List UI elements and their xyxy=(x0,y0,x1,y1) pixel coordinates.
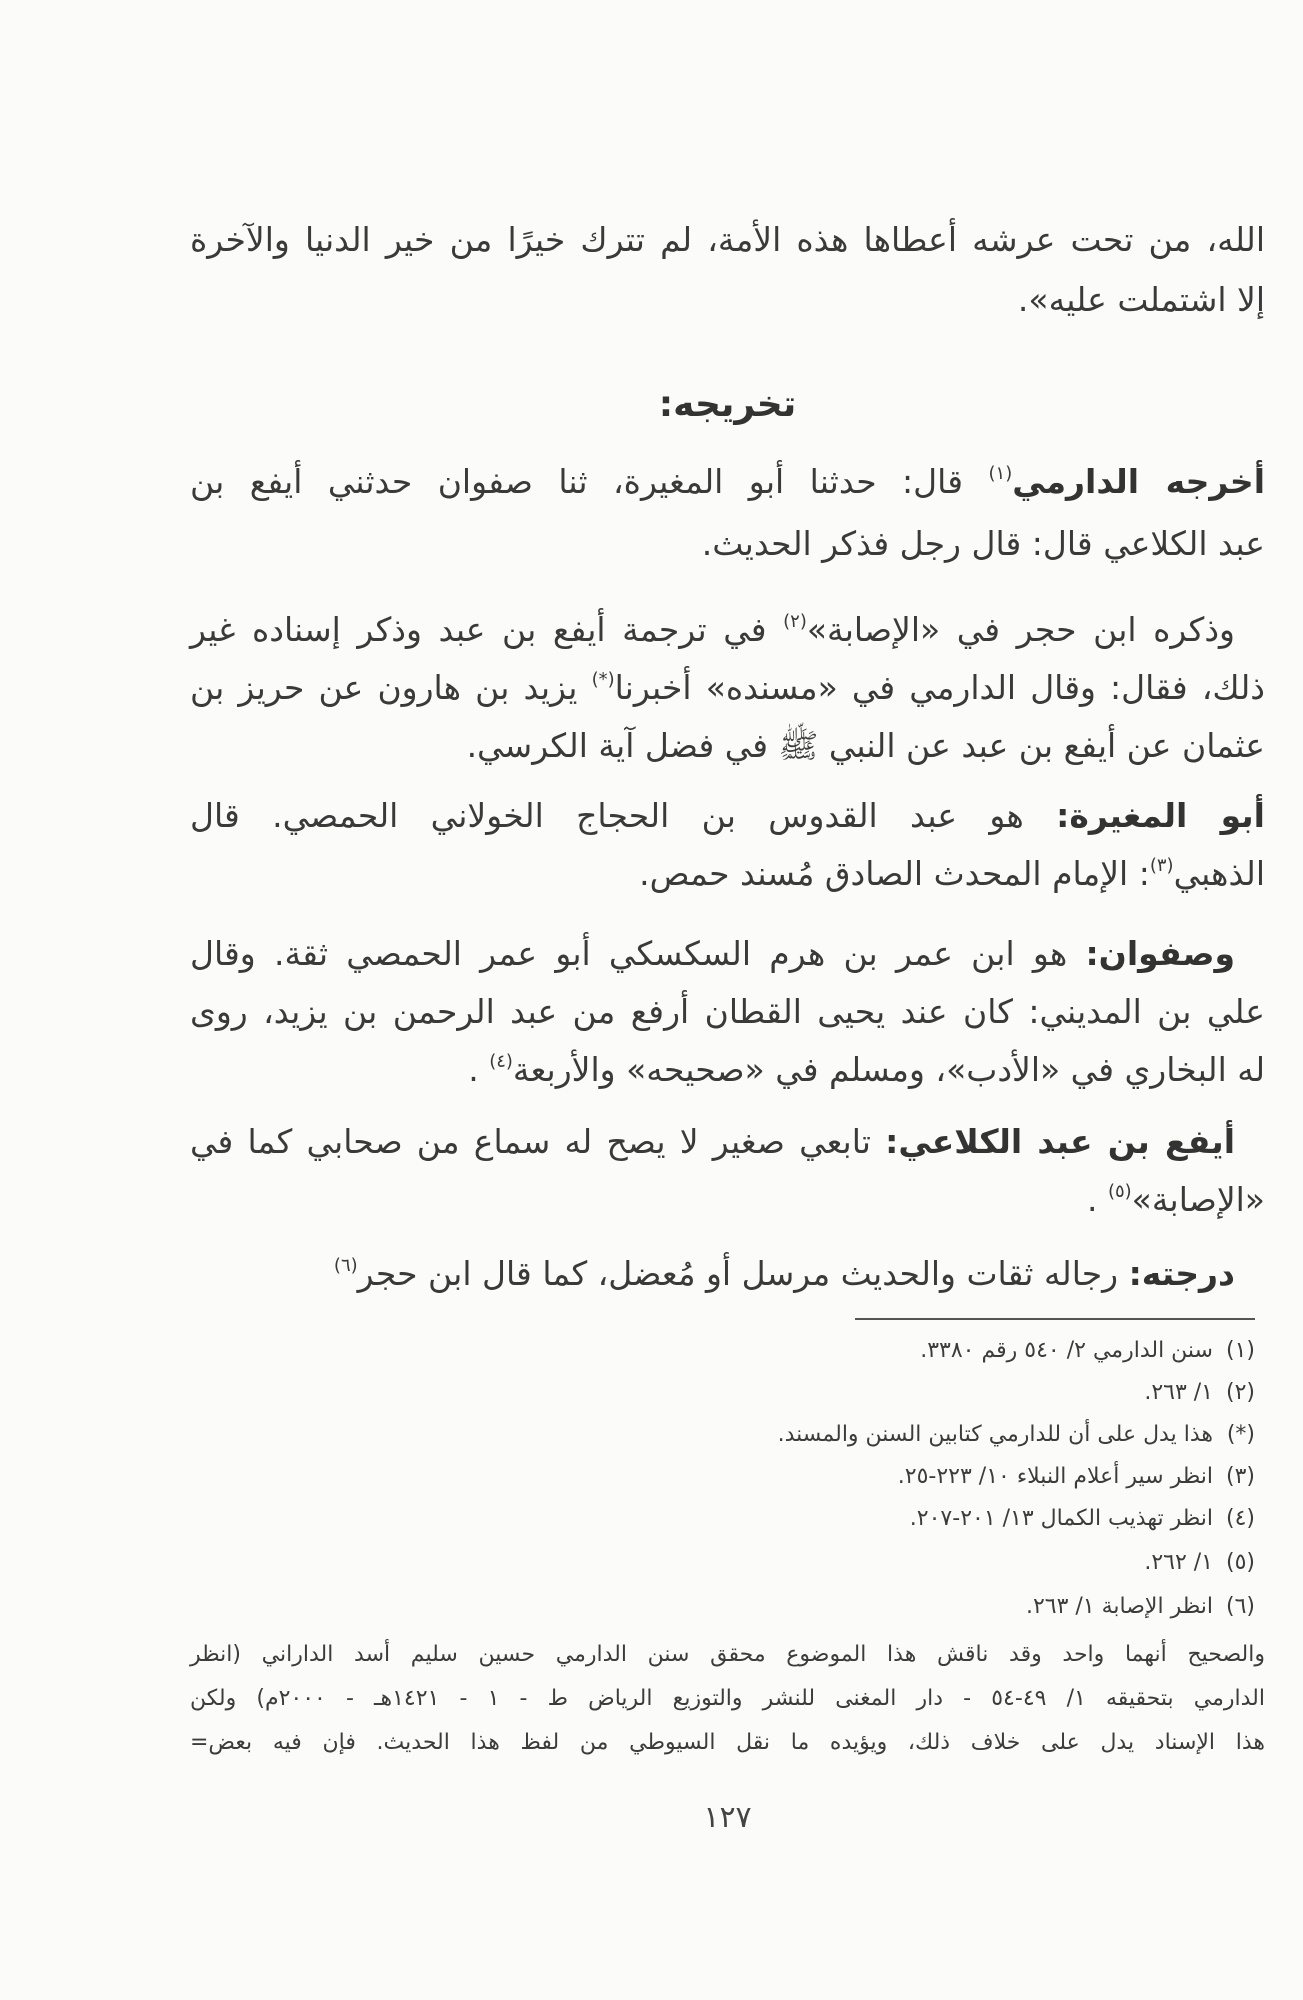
safwan-line-3a: له البخاري في «الأدب»، ومسلم في «صحيحه» … xyxy=(513,1050,1265,1089)
footnote-text: انظر تهذيب الكمال ١٣/ ٢٠١-٢٠٧. xyxy=(910,1506,1213,1531)
footnote-number: (٢) xyxy=(1213,1376,1255,1410)
ibn-hajar-line-2: ذلك، فقال: وقال الدارمي في «مسنده» أخبرن… xyxy=(190,664,1265,712)
safwan-label: وصفوان: xyxy=(1085,934,1235,973)
footnote-number: (٤) xyxy=(1213,1502,1255,1536)
daraja-text: رجاله ثقات والحديث مرسل أو مُعضل، كما قا… xyxy=(358,1254,1118,1293)
footnote-continuation-line-3: هذا الإسناد يدل على خلاف ذلك، ويؤيده ما … xyxy=(190,1726,1265,1760)
ayfa-line-2: «الإصابة»(٥) . xyxy=(190,1176,1265,1224)
footnote-text: هذا يدل على أن للدارمي كتابين السنن والم… xyxy=(778,1422,1213,1447)
takhrij-line-1-text: قال: حدثنا أبو المغيرة، ثنا صفوان حدثني … xyxy=(190,462,963,501)
footnote-text: ١/ ٢٦٢. xyxy=(1144,1550,1213,1575)
daraja-line: درجته: رجاله ثقات والحديث مرسل أو مُعضل،… xyxy=(190,1250,1265,1298)
abu-mughira-line-2a: الذهبي xyxy=(1174,854,1265,893)
footnote-ref-5[interactable]: (٥) xyxy=(1108,1181,1132,1202)
abu-mughira-line-2: الذهبي(٣): الإمام المحدث الصادق مُسند حم… xyxy=(190,850,1265,898)
footnote-number: (١) xyxy=(1213,1334,1255,1368)
footnote-5: (٥)١/ ٢٦٢. xyxy=(190,1546,1255,1580)
abu-mughira-line-1-text: هو عبد القدوس بن الحجاج الخولاني الحمصي.… xyxy=(190,796,1024,835)
ayfa-line-2b: . xyxy=(1087,1180,1098,1219)
safwan-line-3b: . xyxy=(468,1050,479,1089)
abu-mughira-line-2b: : الإمام المحدث الصادق مُسند حمص. xyxy=(639,854,1150,893)
safwan-line-2: علي بن المديني: كان عند يحيى القطان أرفع… xyxy=(190,988,1265,1036)
ibn-hajar-line-3: عثمان عن أيفع بن عبد عن النبي ﷺ في فضل آ… xyxy=(190,722,1265,770)
footnote-2: (٢)١/ ٢٦٣. xyxy=(190,1376,1255,1410)
footnote-divider xyxy=(855,1318,1255,1320)
footnote-text: ١/ ٢٦٣. xyxy=(1144,1380,1213,1405)
abu-mughira-label: أبو المغيرة: xyxy=(1056,796,1265,835)
safwan-line-3: له البخاري في «الأدب»، ومسلم في «صحيحه» … xyxy=(190,1046,1265,1094)
footnote-ref-6[interactable]: (٦) xyxy=(334,1255,358,1276)
footnote-text: انظر الإصابة ١/ ٢٦٣. xyxy=(1026,1594,1213,1619)
ibn-hajar-line-2a: ذلك، فقال: وقال الدارمي في «مسنده» أخبرن… xyxy=(615,668,1265,707)
footnote-continuation-line-2: الدارمي بتحقيقه ١/ ٤٩-٥٤ - دار المغنى لل… xyxy=(190,1682,1265,1716)
footnote-ref-star[interactable]: (*) xyxy=(592,669,615,690)
footnote-6: (٦)انظر الإصابة ١/ ٢٦٣. xyxy=(190,1590,1255,1624)
page-number: ١٢٧ xyxy=(190,1800,1265,1835)
footnote-text: انظر سير أعلام النبلاء ١٠/ ٢٢٣-٢٥. xyxy=(898,1464,1213,1489)
footnote-number: (٣) xyxy=(1213,1460,1255,1494)
takhrij-line-1: أخرجه الدارمي(١) قال: حدثنا أبو المغيرة،… xyxy=(190,458,1265,506)
safwan-line-1: وصفوان: هو ابن عمر بن هرم السكسكي أبو عم… xyxy=(190,930,1265,978)
ibn-hajar-line-2b: يزيد بن هارون عن حريز بن xyxy=(190,668,577,707)
abu-mughira-line-1: أبو المغيرة: هو عبد القدوس بن الحجاج الخ… xyxy=(190,792,1265,840)
footnote-3: (٣)انظر سير أعلام النبلاء ١٠/ ٢٢٣-٢٥. xyxy=(190,1460,1255,1494)
ayfa-line-2a: «الإصابة» xyxy=(1132,1180,1265,1219)
footnote-ref-2[interactable]: (٢) xyxy=(783,611,807,632)
footnote-ref-4[interactable]: (٤) xyxy=(489,1051,513,1072)
takhrij-lead: أخرجه الدارمي xyxy=(1012,462,1265,501)
ibn-hajar-line-1b: في ترجمة أيفع بن عبد وذكر إسناده غير xyxy=(190,610,767,649)
takhrij-line-2: عبد الكلاعي قال: قال رجل فذكر الحديث. xyxy=(190,520,1265,568)
footnote-ref-1[interactable]: (١) xyxy=(988,463,1012,484)
daraja-label: درجته: xyxy=(1129,1254,1235,1293)
safwan-line-1-text: هو ابن عمر بن هرم السكسكي أبو عمر الحمصي… xyxy=(190,934,1067,973)
footnote-number: (*) xyxy=(1213,1418,1255,1452)
footnote-star: (*)هذا يدل على أن للدارمي كتابين السنن و… xyxy=(190,1418,1255,1452)
intro-line-2: إلا اشتملت عليه». xyxy=(190,276,1265,324)
ayfa-line-1: أيفع بن عبد الكلاعي: تابعي صغير لا يصح ل… xyxy=(190,1118,1265,1166)
book-page: الله، من تحت عرشه أعطاها هذه الأمة، لم ت… xyxy=(190,0,1265,2000)
ibn-hajar-line-1a: وذكره ابن حجر في «الإصابة» xyxy=(807,610,1235,649)
footnote-ref-3[interactable]: (٣) xyxy=(1150,855,1174,876)
ibn-hajar-line-1: وذكره ابن حجر في «الإصابة»(٢) في ترجمة أ… xyxy=(190,606,1265,654)
footnote-text: سنن الدارمي ٢/ ٥٤٠ رقم ٣٣٨٠. xyxy=(920,1338,1213,1363)
footnote-number: (٥) xyxy=(1213,1546,1255,1580)
section-heading: تخريجه: xyxy=(190,380,1265,430)
ayfa-label: أيفع بن عبد الكلاعي: xyxy=(885,1122,1235,1161)
footnote-4: (٤)انظر تهذيب الكمال ١٣/ ٢٠١-٢٠٧. xyxy=(190,1502,1255,1536)
intro-line-1: الله، من تحت عرشه أعطاها هذه الأمة، لم ت… xyxy=(190,216,1265,264)
footnote-number: (٦) xyxy=(1213,1590,1255,1624)
footnote-continuation-line-1: والصحيح أنهما واحد وقد ناقش هذا الموضوع … xyxy=(190,1638,1265,1672)
ayfa-line-1-text: تابعي صغير لا يصح له سماع من صحابي كما ف… xyxy=(190,1122,871,1161)
footnote-1: (١)سنن الدارمي ٢/ ٥٤٠ رقم ٣٣٨٠. xyxy=(190,1334,1255,1368)
